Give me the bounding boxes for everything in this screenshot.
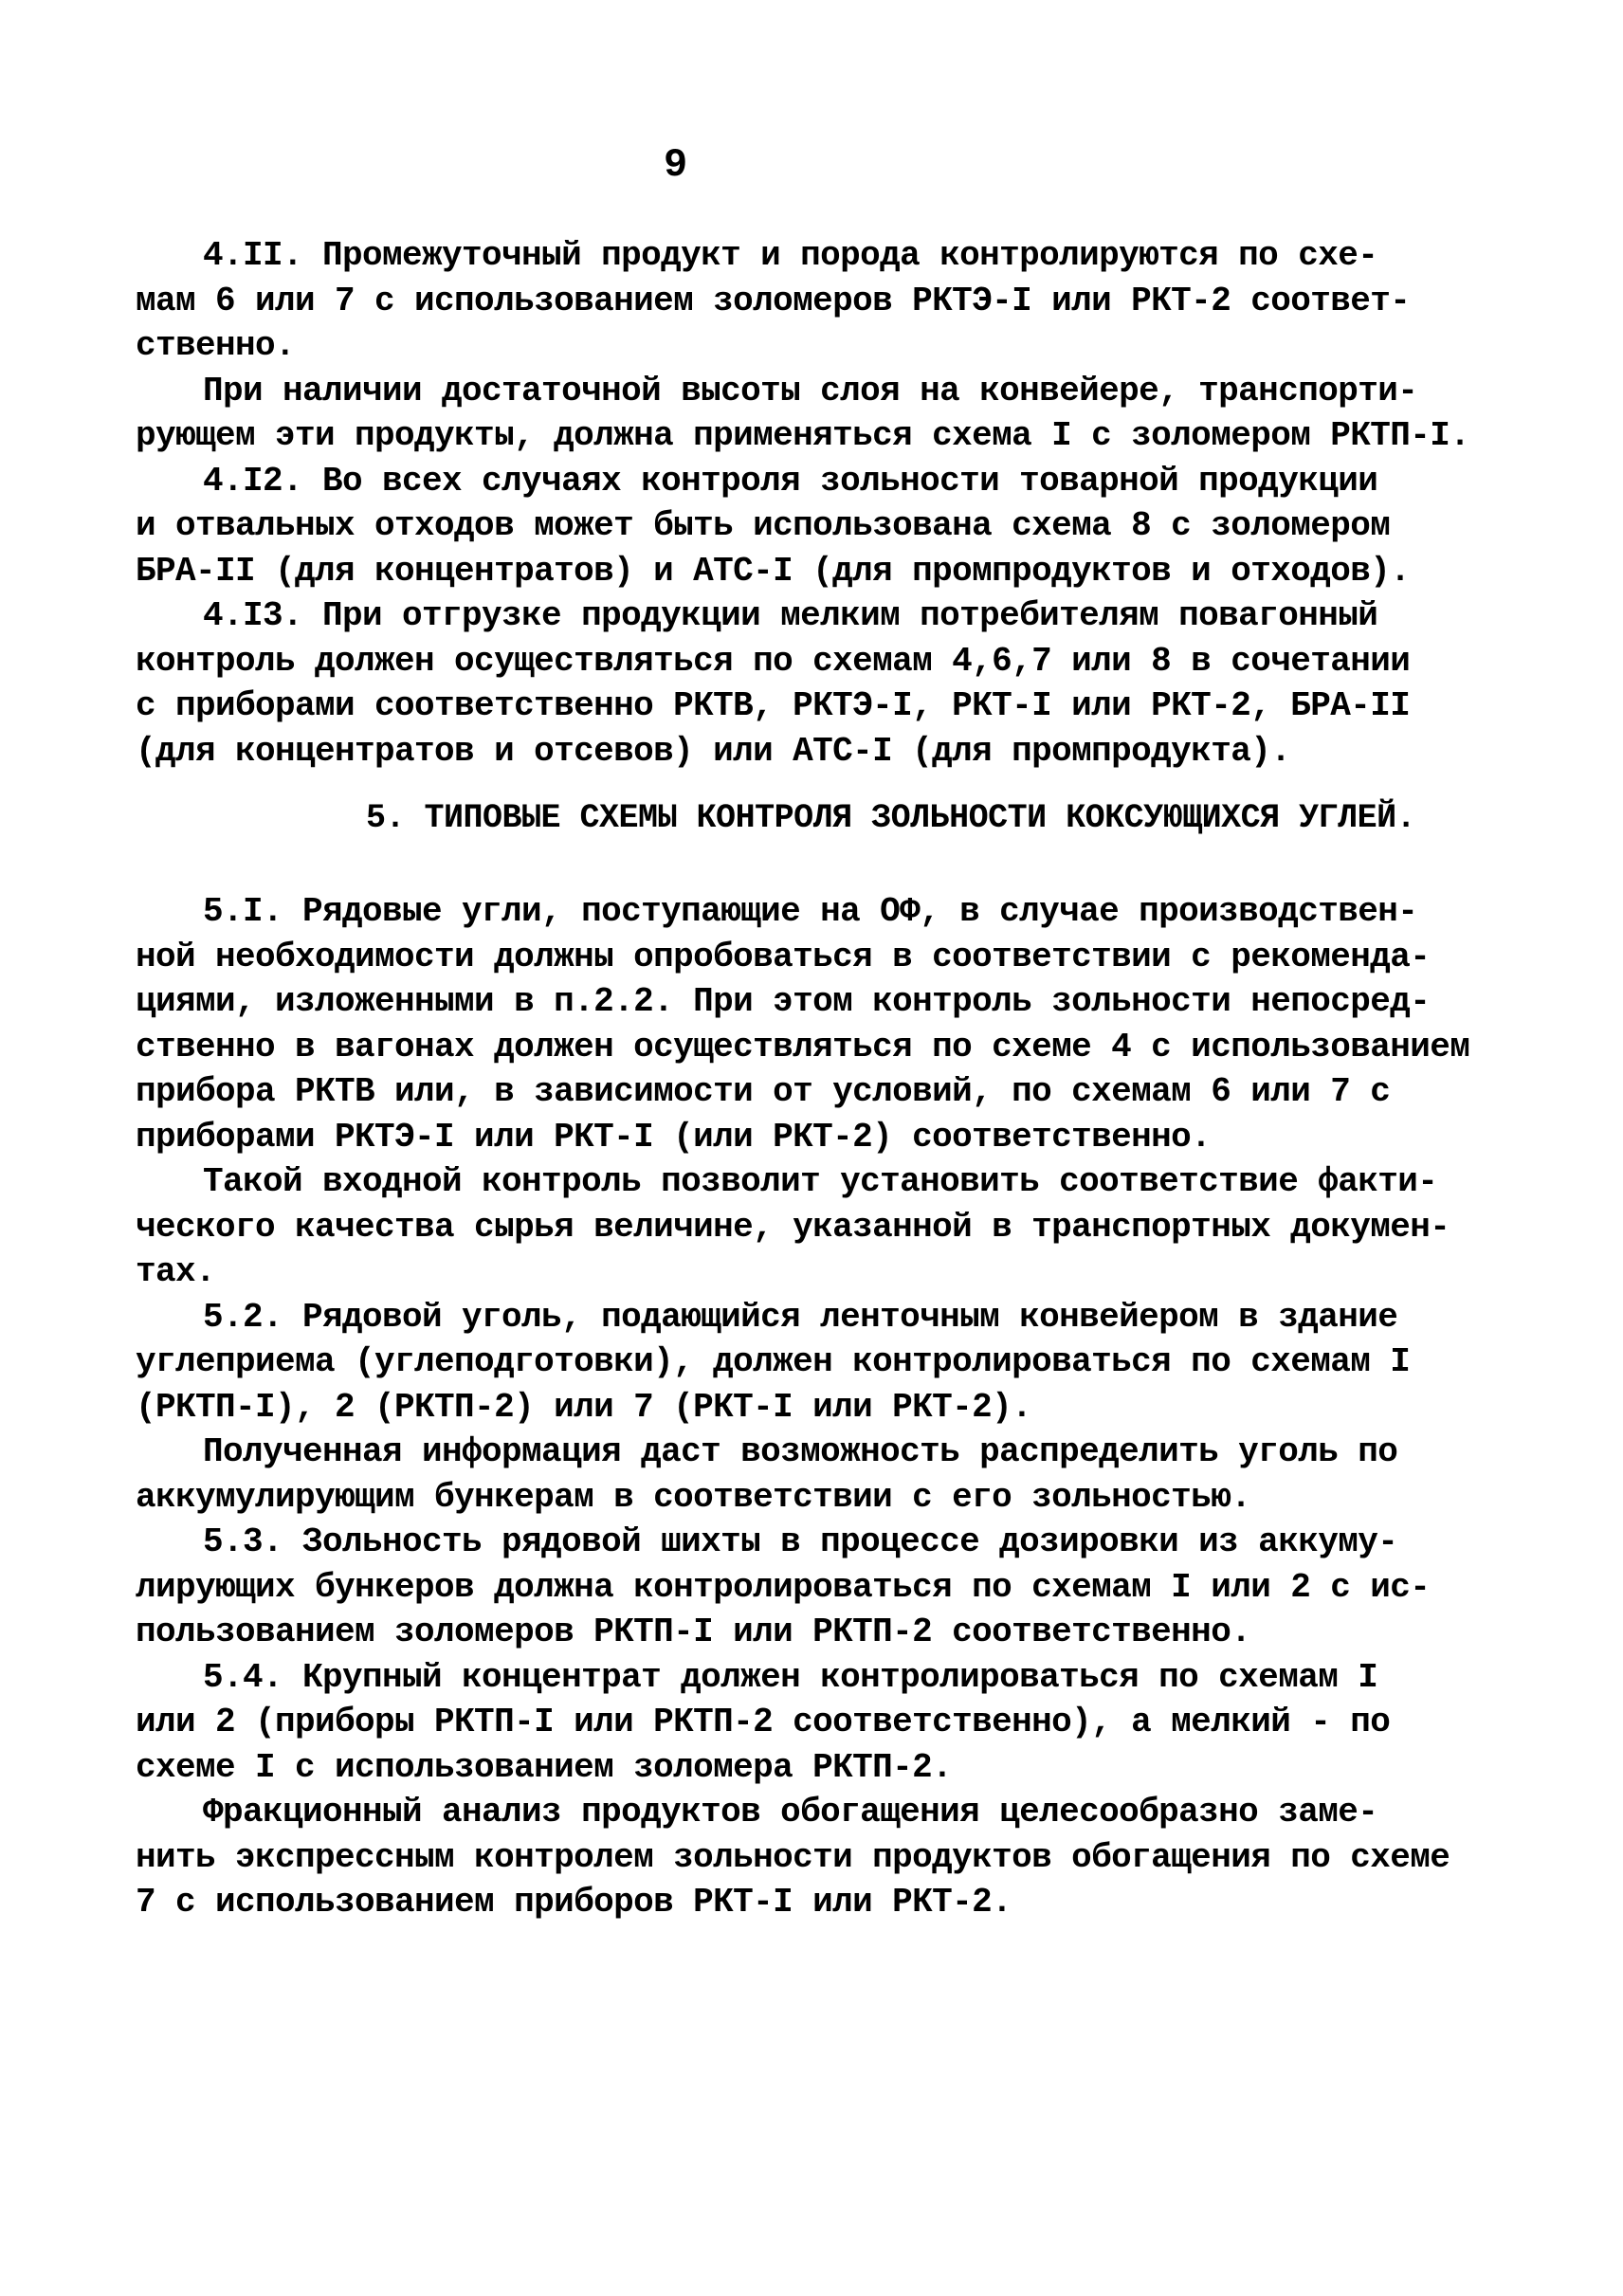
section-5-paragraphs: 5.I. Рядовые угли, поступающие на ОФ, в … <box>136 889 1520 1925</box>
text-line: 7 с использованием приборов РКТ-I или РК… <box>136 1880 1520 1925</box>
text-line: ной необходимости должны опробоваться в … <box>136 935 1520 980</box>
text-line: приборами РКТЭ-I или РКТ-I (или РКТ-2) с… <box>136 1115 1520 1160</box>
text-line: тах. <box>136 1249 1520 1295</box>
text-line: с приборами соответственно РКТВ, РКТЭ-I,… <box>136 683 1520 729</box>
text-line: лирующих бункеров должна контролироватьс… <box>136 1565 1520 1611</box>
text-line: рующем эти продукты, должна применяться … <box>136 413 1520 459</box>
text-line: аккумулирующим бункерам в соответствии с… <box>136 1475 1520 1521</box>
text-line: 5.2. Рядовой уголь, подающийся ленточным… <box>136 1295 1520 1340</box>
text-line: углеприема (углеподготовки), должен конт… <box>136 1339 1520 1385</box>
text-line: нить экспрессным контролем зольности про… <box>136 1835 1520 1881</box>
text-line: контроль должен осуществляться по схемам… <box>136 639 1520 684</box>
text-line: (для концентратов и отсевов) или АТС-I (… <box>136 729 1520 774</box>
section-4-paragraphs: 4.II. Промежуточный продукт и порода кон… <box>136 233 1520 774</box>
text-line: 5.3. Зольность рядовой шихты в процессе … <box>136 1520 1520 1565</box>
text-line: пользованием золомеров РКТП-I или РКТП-2… <box>136 1610 1520 1655</box>
text-line: 5.I. Рядовые угли, поступающие на ОФ, в … <box>136 889 1520 935</box>
text-line: 5.4. Крупный концентрат должен контролир… <box>136 1655 1520 1701</box>
text-line: ственно. <box>136 323 1520 369</box>
text-line: и отвальных отходов может быть использов… <box>136 503 1520 549</box>
text-line: циями, изложенными в п.2.2. При этом кон… <box>136 979 1520 1025</box>
text-line: (РКТП-I), 2 (РКТП-2) или 7 (РКТ-I или РК… <box>136 1385 1520 1430</box>
text-line: ственно в вагонах должен осуществляться … <box>136 1025 1520 1070</box>
document-page: 9 4.II. Промежуточный продукт и порода к… <box>0 0 1623 2296</box>
section-5-heading: 5. ТИПОВЫЕ СХЕМЫ КОНТРОЛЯ ЗОЛЬНОСТИ КОКС… <box>366 796 1415 842</box>
text-line: прибора РКТВ или, в зависимости от услов… <box>136 1069 1520 1115</box>
text-line: ческого качества сырья величине, указанн… <box>136 1205 1520 1250</box>
text-line: При наличии достаточной высоты слоя на к… <box>136 369 1520 414</box>
text-line: Полученная информация даст возможность р… <box>136 1430 1520 1475</box>
text-line: мам 6 или 7 с использованием золомеров Р… <box>136 279 1520 324</box>
text-line: схеме I с использованием золомера РКТП-2… <box>136 1745 1520 1791</box>
page-number: 9 <box>664 142 687 188</box>
text-line: 4.II. Промежуточный продукт и порода кон… <box>136 233 1520 279</box>
text-line: Такой входной контроль позволит установи… <box>136 1159 1520 1205</box>
text-line: 4.I3. При отгрузке продукции мелким потр… <box>136 593 1520 639</box>
text-line: 4.I2. Во всех случаях контроля зольности… <box>136 459 1520 504</box>
text-line: БРА-II (для концентратов) и АТС-I (для п… <box>136 549 1520 594</box>
text-line: Фракционный анализ продуктов обогащения … <box>136 1790 1520 1835</box>
text-line: или 2 (приборы РКТП-I или РКТП-2 соответ… <box>136 1700 1520 1745</box>
